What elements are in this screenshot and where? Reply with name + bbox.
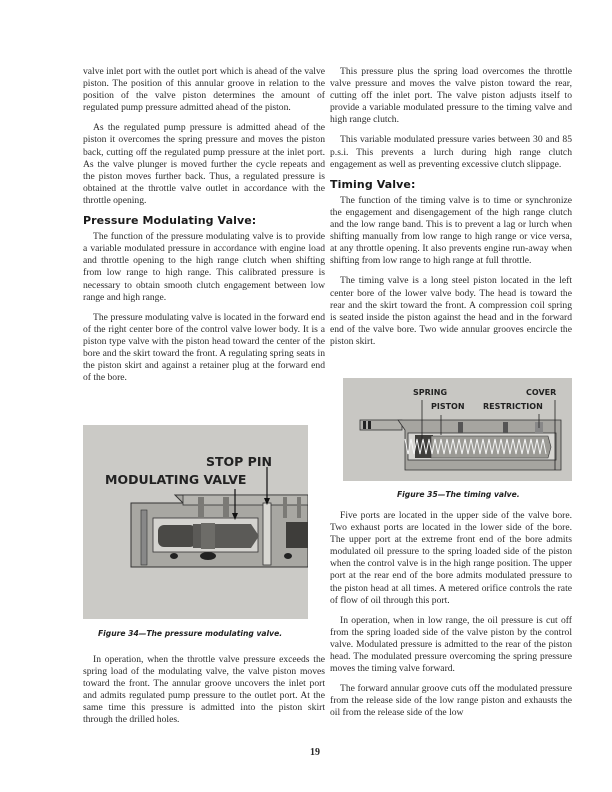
page-number: 19 (310, 747, 320, 758)
restriction-label: RESTRICTION (483, 402, 543, 411)
paragraph: Five ports are located in the upper side… (330, 510, 572, 607)
paragraph: This variable modulated pressure varies … (330, 134, 572, 170)
spring-label: SPRING (413, 388, 447, 397)
paragraph: valve inlet port with the outlet port wh… (83, 66, 325, 114)
figure-34-caption: Figure 34—The pressure modulating valve. (98, 629, 282, 638)
paragraph: The forward annular groove cuts off the … (330, 683, 572, 719)
paragraph: The function of the pressure modulating … (83, 231, 325, 304)
paragraph: This pressure plus the spring load overc… (330, 66, 572, 126)
right-column-bottom: Five ports are located in the upper side… (330, 510, 572, 728)
modulating-valve-diagram (83, 425, 308, 619)
section-heading-pressure-modulating-valve: Pressure Modulating Valve: (83, 215, 325, 227)
paragraph: The function of the timing valve is to t… (330, 195, 572, 268)
paragraph: The timing valve is a long steel piston … (330, 275, 572, 348)
paragraph: As the regulated pump pressure is admitt… (83, 122, 325, 207)
section-heading-timing-valve: Timing Valve: (330, 179, 572, 191)
right-column: This pressure plus the spring load overc… (330, 66, 572, 356)
figure-35-caption: Figure 35—The timing valve. (397, 490, 520, 499)
left-column-bottom: In operation, when the throttle valve pr… (83, 654, 325, 735)
left-column: valve inlet port with the outlet port wh… (83, 66, 325, 392)
stop-pin-label: STOP PIN (206, 454, 272, 469)
paragraph: In operation, when the throttle valve pr… (83, 654, 325, 727)
piston-label: PISTON (431, 402, 465, 411)
figure-35-image: SPRING COVER PISTON RESTRICTION (343, 378, 572, 481)
paragraph: The pressure modulating valve is located… (83, 312, 325, 385)
figure-34-image: STOP PIN MODULATING VALVE (83, 425, 308, 619)
modulating-valve-label: MODULATING VALVE (105, 472, 246, 487)
cover-label: COVER (526, 388, 556, 397)
paragraph: In operation, when in low range, the oil… (330, 615, 572, 675)
